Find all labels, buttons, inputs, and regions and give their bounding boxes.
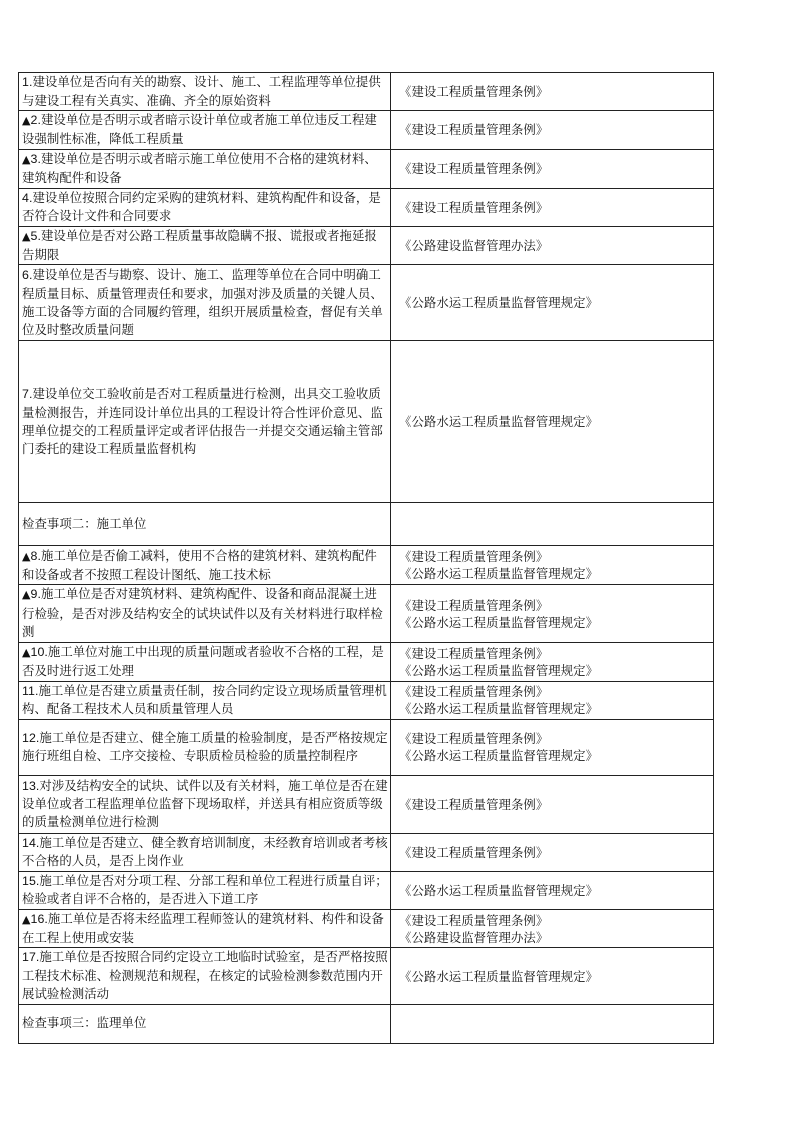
check-item-cell: 14.施工单位是否建立、健全教育培训制度，未经教育培训或者考核不合格的人员，是否… (19, 833, 391, 871)
legal-basis-cell: 《公路水运工程质量监督管理规定》 (391, 265, 714, 341)
table-row: ▲8.施工单位是否偷工减料，使用不合格的建筑材料、建筑构配件和设备或者不按照工程… (19, 546, 714, 585)
table-row: ▲5.建设单位是否对公路工程质量事故隐瞒不报、谎报或者拖延报告期限《公路建设监督… (19, 226, 714, 265)
regulation-reference: 《建设工程质量管理条例》 (399, 121, 711, 138)
item-number: 12. (22, 731, 39, 745)
regulation-reference: 《建设工程质量管理条例》 (399, 160, 711, 177)
section-title: 检查事项三：监理单位 (22, 1015, 146, 1030)
item-text: 施工单位是否建立质量责任制，按合同约定设立现场质量管理机构、配备工程技术人员和质… (22, 683, 387, 716)
item-number: 10. (31, 645, 48, 659)
section-title-cell: 检查事项二：施工单位 (19, 503, 391, 546)
inspection-checklist-table: 1.建设单位是否向有关的勘察、设计、施工、工程监理等单位提供与建设工程有关真实、… (18, 72, 714, 1044)
regulation-reference: 《公路水运工程质量监督管理规定》 (399, 565, 711, 582)
regulation-reference: 《公路水运工程质量监督管理规定》 (399, 968, 711, 985)
table-row: ▲2.建设单位是否明示或者暗示设计单位或者施工单位违反工程建设强制性标准，降低工… (19, 111, 714, 150)
key-item-triangle-icon: ▲ (22, 114, 31, 127)
check-item-cell: 1.建设单位是否向有关的勘察、设计、施工、工程监理等单位提供与建设工程有关真实、… (19, 73, 391, 111)
regulation-reference: 《建设工程质量管理条例》 (399, 645, 711, 662)
item-text: 施工单位是否建立、健全教育培训制度，未经教育培训或者考核不合格的人员，是否上岗作… (22, 835, 388, 868)
regulation-reference: 《建设工程质量管理条例》 (399, 548, 711, 565)
table-body: 1.建设单位是否向有关的勘察、设计、施工、工程监理等单位提供与建设工程有关真实、… (19, 73, 714, 1044)
item-text: 施工单位是否对建筑材料、建筑构配件、设备和商品混凝土进行检验，是否对涉及结构安全… (22, 586, 383, 639)
legal-basis-cell: 《建设工程质量管理条例》 (391, 149, 714, 188)
item-number: 14. (22, 836, 39, 850)
legal-basis-cell: 《公路建设监督管理办法》 (391, 226, 714, 265)
item-text: 施工单位是否将未经监理工程师签认的建筑材料、构件和设备在工程上使用或安装 (22, 911, 384, 945)
item-text: 施工单位是否偷工减料，使用不合格的建筑材料、建筑构配件和设备或者不按照工程设计图… (22, 548, 377, 582)
item-number: 15. (22, 874, 39, 888)
regulation-reference: 《建设工程质量管理条例》 (399, 730, 711, 747)
check-item-cell: ▲10.施工单位对施工中出现的质量问题或者验收不合格的工程，是否及时进行返工处理 (19, 642, 391, 681)
legal-basis-cell: 《建设工程质量管理条例》 (391, 188, 714, 226)
item-number: 13. (22, 779, 39, 793)
key-item-triangle-icon: ▲ (22, 153, 31, 166)
regulation-reference: 《建设工程质量管理条例》 (399, 912, 711, 929)
check-item-cell: ▲2.建设单位是否明示或者暗示设计单位或者施工单位违反工程建设强制性标准，降低工… (19, 111, 391, 150)
regulation-reference: 《建设工程质量管理条例》 (399, 83, 711, 100)
item-number: 9. (31, 587, 41, 601)
regulation-reference: 《建设工程质量管理条例》 (399, 597, 711, 614)
legal-basis-cell: 《建设工程质量管理条例》《公路水运工程质量监督管理规定》 (391, 546, 714, 585)
item-text: 建设单位交工验收前是否对工程质量进行检测，出具交工验收质量检测报告，并连同设计单… (22, 386, 383, 456)
check-item-cell: ▲8.施工单位是否偷工减料，使用不合格的建筑材料、建筑构配件和设备或者不按照工程… (19, 546, 391, 585)
table-row: 6.建设单位是否与勘察、设计、施工、监理等单位在合同中明确工程质量目标、质量管理… (19, 265, 714, 341)
table-row: 1.建设单位是否向有关的勘察、设计、施工、工程监理等单位提供与建设工程有关真实、… (19, 73, 714, 111)
legal-basis-cell (391, 1004, 714, 1043)
regulation-reference: 《公路建设监督管理办法》 (399, 237, 711, 254)
check-item-cell: 15.施工单位是否对分项工程、分部工程和单位工程进行质量自评；检验或者自评不合格… (19, 871, 391, 909)
item-number: 5. (31, 229, 41, 243)
table-row: 7.建设单位交工验收前是否对工程质量进行检测，出具交工验收质量检测报告，并连同设… (19, 341, 714, 503)
regulation-reference: 《公路水运工程质量监督管理规定》 (399, 882, 711, 899)
item-text: 建设单位按照合同约定采购的建筑材料、建筑构配件和设备，是否符合设计文件和合同要求 (22, 190, 381, 223)
key-item-triangle-icon: ▲ (22, 913, 31, 926)
item-text: 施工单位是否按照合同约定设立工地临时试验室，是否严格按照工程技术标准、检测规范和… (22, 949, 388, 1001)
legal-basis-cell: 《建设工程质量管理条例》 (391, 833, 714, 871)
legal-basis-cell: 《公路水运工程质量监督管理规定》 (391, 871, 714, 909)
regulation-reference: 《公路水运工程质量监督管理规定》 (399, 700, 711, 717)
regulation-reference: 《公路水运工程质量监督管理规定》 (399, 662, 711, 679)
item-number: 6. (22, 268, 32, 282)
section-header-row: 检查事项二：施工单位 (19, 503, 714, 546)
item-number: 11. (22, 684, 38, 698)
check-item-cell: 13.对涉及结构安全的试块、试件以及有关材料，施工单位是否在建设单位或者工程监理… (19, 775, 391, 833)
section-header-row: 检查事项三：监理单位 (19, 1004, 714, 1043)
item-text: 建设单位是否明示或者暗示设计单位或者施工单位违反工程建设强制性标准，降低工程质量 (22, 112, 377, 146)
item-number: 7. (22, 387, 32, 401)
table-row: ▲9.施工单位是否对建筑材料、建筑构配件、设备和商品混凝土进行检验，是否对涉及结… (19, 585, 714, 642)
table-row: 12.施工单位是否建立、健全施工质量的检验制度，是否严格按规定施行班组自检、工序… (19, 719, 714, 775)
legal-basis-cell: 《建设工程质量管理条例》 (391, 73, 714, 111)
item-text: 建设单位是否向有关的勘察、设计、施工、工程监理等单位提供与建设工程有关真实、准确… (22, 74, 381, 107)
item-number: 16. (31, 912, 48, 926)
table-row: 15.施工单位是否对分项工程、分部工程和单位工程进行质量自评；检验或者自评不合格… (19, 871, 714, 909)
item-text: 对涉及结构安全的试块、试件以及有关材料，施工单位是否在建设单位或者工程监理单位监… (22, 778, 388, 830)
table-row: 4.建设单位按照合同约定采购的建筑材料、建筑构配件和设备，是否符合设计文件和合同… (19, 188, 714, 226)
section-title-cell: 检查事项三：监理单位 (19, 1004, 391, 1043)
legal-basis-cell: 《建设工程质量管理条例》《公路水运工程质量监督管理规定》 (391, 585, 714, 642)
regulation-reference: 《公路水运工程质量监督管理规定》 (399, 747, 711, 764)
legal-basis-cell: 《公路水运工程质量监督管理规定》 (391, 341, 714, 503)
item-number: 2. (31, 113, 41, 127)
key-item-triangle-icon: ▲ (22, 230, 31, 243)
table-row: ▲3.建设单位是否明示或者暗示施工单位使用不合格的建筑材料、建筑构配件和设备《建… (19, 149, 714, 188)
check-item-cell: 12.施工单位是否建立、健全施工质量的检验制度，是否严格按规定施行班组自检、工序… (19, 719, 391, 775)
legal-basis-cell: 《建设工程质量管理条例》《公路水运工程质量监督管理规定》 (391, 681, 714, 719)
regulation-reference: 《公路水运工程质量监督管理规定》 (399, 413, 711, 430)
legal-basis-cell: 《建设工程质量管理条例》 (391, 111, 714, 150)
item-text: 建设单位是否明示或者暗示施工单位使用不合格的建筑材料、建筑构配件和设备 (22, 151, 377, 185)
regulation-reference: 《公路水运工程质量监督管理规定》 (399, 294, 711, 311)
regulation-reference: 《建设工程质量管理条例》 (399, 199, 711, 216)
table-row: 13.对涉及结构安全的试块、试件以及有关材料，施工单位是否在建设单位或者工程监理… (19, 775, 714, 833)
regulation-reference: 《公路建设监督管理办法》 (399, 929, 711, 946)
regulation-reference: 《公路水运工程质量监督管理规定》 (399, 614, 711, 631)
check-item-cell: 7.建设单位交工验收前是否对工程质量进行检测，出具交工验收质量检测报告，并连同设… (19, 341, 391, 503)
item-number: 3. (31, 152, 41, 166)
legal-basis-cell: 《建设工程质量管理条例》《公路水运工程质量监督管理规定》 (391, 719, 714, 775)
item-text: 施工单位是否建立、健全施工质量的检验制度，是否严格按规定施行班组自检、工序交接检… (22, 730, 388, 763)
check-item-cell: 11.施工单位是否建立质量责任制，按合同约定设立现场质量管理机构、配备工程技术人… (19, 681, 391, 719)
check-item-cell: ▲3.建设单位是否明示或者暗示施工单位使用不合格的建筑材料、建筑构配件和设备 (19, 149, 391, 188)
table-row: 17.施工单位是否按照合同约定设立工地临时试验室，是否严格按照工程技术标准、检测… (19, 948, 714, 1004)
legal-basis-cell: 《建设工程质量管理条例》《公路水运工程质量监督管理规定》 (391, 642, 714, 681)
key-item-triangle-icon: ▲ (22, 550, 31, 563)
table-row: 11.施工单位是否建立质量责任制，按合同约定设立现场质量管理机构、配备工程技术人… (19, 681, 714, 719)
item-text: 建设单位是否与勘察、设计、施工、监理等单位在合同中明确工程质量目标、质量管理责任… (22, 267, 383, 337)
item-text: 施工单位是否对分项工程、分部工程和单位工程进行质量自评；检验或者自评不合格的，是… (22, 873, 388, 906)
check-item-cell: ▲16.施工单位是否将未经监理工程师签认的建筑材料、构件和设备在工程上使用或安装 (19, 909, 391, 948)
check-item-cell: ▲9.施工单位是否对建筑材料、建筑构配件、设备和商品混凝土进行检验，是否对涉及结… (19, 585, 391, 642)
regulation-reference: 《建设工程质量管理条例》 (399, 844, 711, 861)
check-item-cell: ▲5.建设单位是否对公路工程质量事故隐瞒不报、谎报或者拖延报告期限 (19, 226, 391, 265)
item-number: 17. (22, 950, 39, 964)
check-item-cell: 17.施工单位是否按照合同约定设立工地临时试验室，是否严格按照工程技术标准、检测… (19, 948, 391, 1004)
check-item-cell: 4.建设单位按照合同约定采购的建筑材料、建筑构配件和设备，是否符合设计文件和合同… (19, 188, 391, 226)
key-item-triangle-icon: ▲ (22, 646, 31, 659)
item-text: 施工单位对施工中出现的质量问题或者验收不合格的工程，是否及时进行返工处理 (22, 644, 384, 678)
legal-basis-cell: 《建设工程质量管理条例》《公路建设监督管理办法》 (391, 909, 714, 948)
regulation-reference: 《建设工程质量管理条例》 (399, 796, 711, 813)
regulation-reference: 《建设工程质量管理条例》 (399, 683, 711, 700)
item-text: 建设单位是否对公路工程质量事故隐瞒不报、谎报或者拖延报告期限 (22, 228, 377, 262)
table-row: 14.施工单位是否建立、健全教育培训制度，未经教育培训或者考核不合格的人员，是否… (19, 833, 714, 871)
item-number: 1. (22, 75, 32, 89)
check-item-cell: 6.建设单位是否与勘察、设计、施工、监理等单位在合同中明确工程质量目标、质量管理… (19, 265, 391, 341)
legal-basis-cell: 《建设工程质量管理条例》 (391, 775, 714, 833)
legal-basis-cell: 《公路水运工程质量监督管理规定》 (391, 948, 714, 1004)
section-title: 检查事项二：施工单位 (22, 516, 146, 531)
legal-basis-cell (391, 503, 714, 546)
table-row: ▲10.施工单位对施工中出现的质量问题或者验收不合格的工程，是否及时进行返工处理… (19, 642, 714, 681)
item-number: 8. (31, 549, 41, 563)
key-item-triangle-icon: ▲ (22, 588, 31, 601)
item-number: 4. (22, 191, 32, 205)
table-row: ▲16.施工单位是否将未经监理工程师签认的建筑材料、构件和设备在工程上使用或安装… (19, 909, 714, 948)
